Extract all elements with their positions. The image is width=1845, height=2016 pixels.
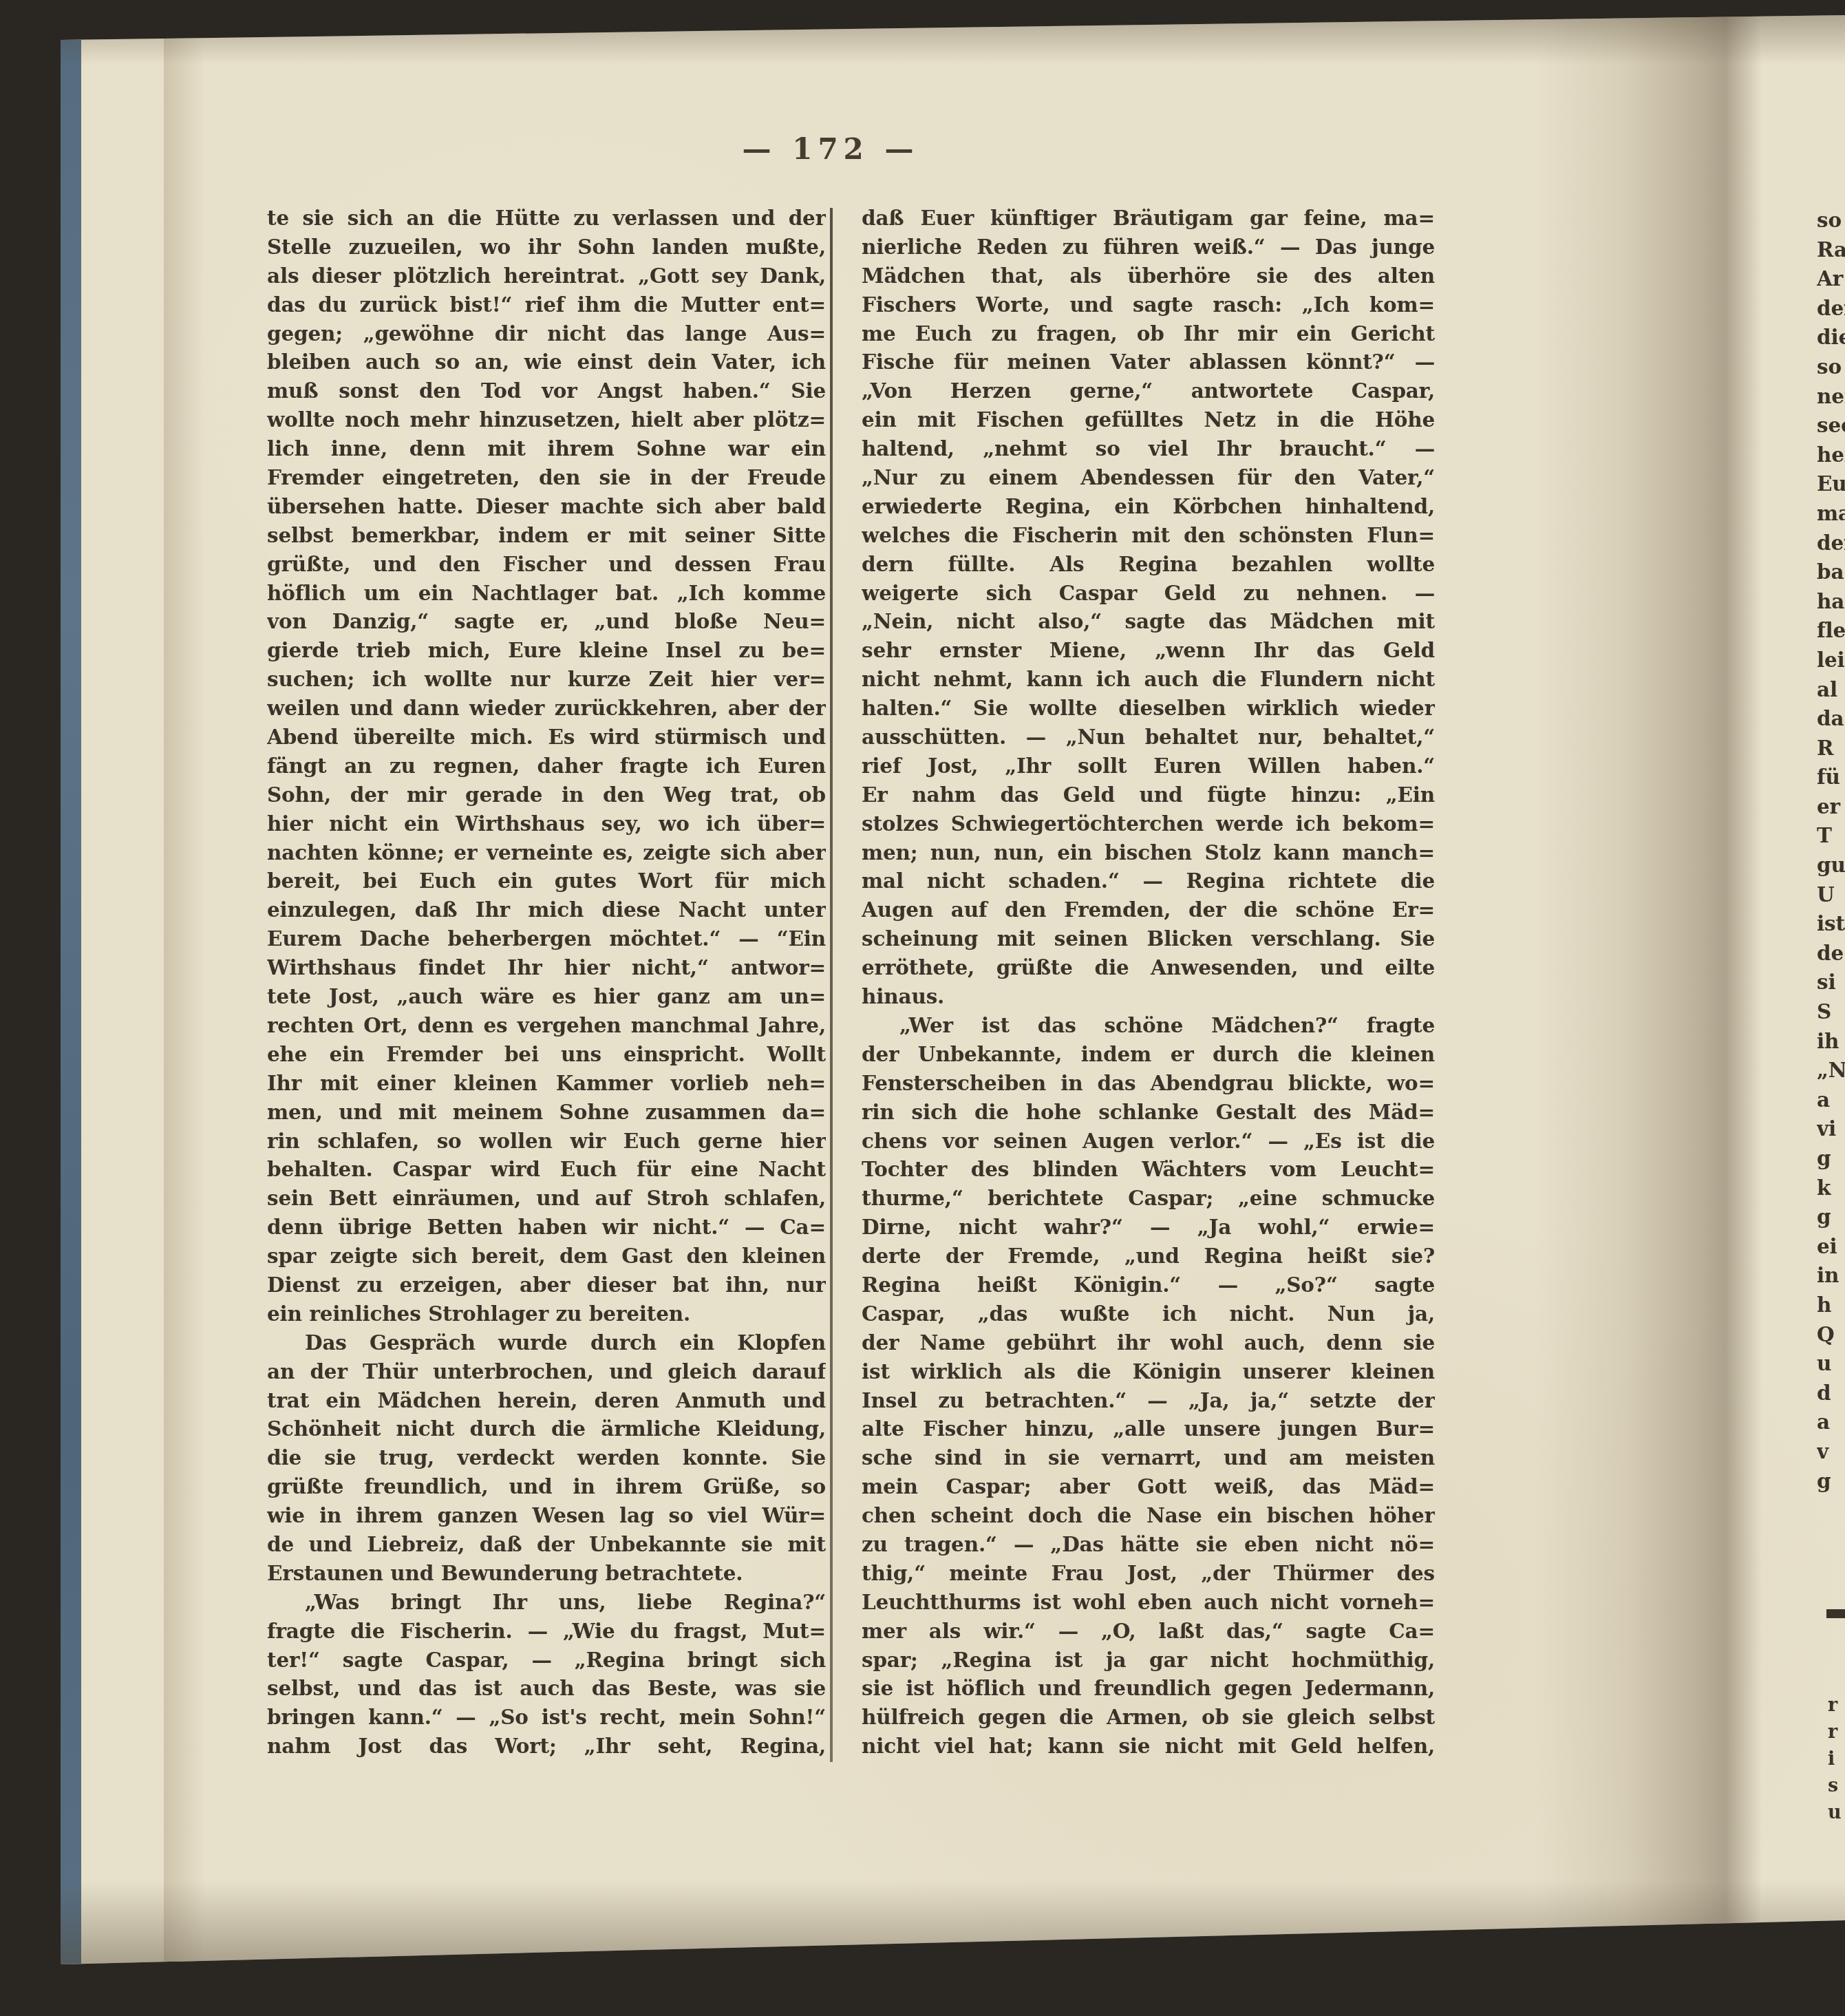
next-page-text-fragments-upper: soRaArderdiesoneisecheiEumaderbahaflelei… [1817, 208, 1845, 1498]
text-line: chens vor seinen Augen verlor.“ — „Es is… [862, 1127, 1435, 1156]
text-line: als dieser plötzlich hereintrat. „Gott s… [267, 262, 826, 290]
text-line: mal nicht schaden.“ — Regina richtete di… [862, 867, 1435, 895]
text-line: zu tragen.“ — „Das hätte sie eben nicht … [862, 1530, 1435, 1559]
text-line: denn übrige Betten haben wir nicht.“ — C… [267, 1213, 826, 1242]
text-line: men, und mit meinem Sohne zusammen da= [267, 1098, 826, 1127]
text-line: erwiederte Regina, ein Körbchen hinhalte… [862, 492, 1435, 521]
text-line: Tochter des blinden Wächters vom Leucht= [862, 1155, 1435, 1184]
text-line: grüßte, und den Fischer und dessen Frau [267, 550, 826, 579]
text-line: daß Euer künftiger Bräutigam gar feine, … [862, 204, 1435, 233]
text-line: der Unbekannte, indem er durch die klein… [862, 1040, 1435, 1069]
text-line: halten.“ Sie wollte dieselben wirklich w… [862, 694, 1435, 723]
text-line: d [1817, 1381, 1845, 1410]
text-line: a [1817, 1410, 1845, 1439]
text-line: er [1817, 794, 1845, 824]
bottom-edge-shadow [0, 1858, 1845, 1969]
text-line: mein Caspar; aber Gott weiß, das Mäd= [862, 1472, 1435, 1501]
text-line: ist wirklich als die Königin unserer kle… [862, 1357, 1435, 1386]
text-line: sie ist höflich und freundlich gegen Jed… [862, 1674, 1435, 1703]
text-line: wie in ihrem ganzen Wesen lag so viel Wü… [267, 1501, 826, 1530]
text-line: höflich um ein Nachtlager bat. „Ich komm… [267, 579, 826, 608]
top-edge-shadow [0, 0, 1845, 76]
text-line: die sie trug, verdeckt werden konnte. Si… [267, 1443, 826, 1472]
text-line: das du zurück bist!“ rief ihm die Mutter… [267, 290, 826, 319]
text-line: ausschütten. — „Nun behaltet nur, behalt… [862, 723, 1435, 752]
book-page: — 172 — te sie sich an die Hütte zu verl… [0, 0, 1845, 2016]
text-line: ist [1817, 911, 1845, 941]
text-line: wollte noch mehr hinzusetzen, hielt aber… [267, 405, 826, 434]
book-photo: — 172 — te sie sich an die Hütte zu verl… [0, 0, 1845, 2016]
text-line: R [1817, 736, 1845, 765]
text-line: Schönheit nicht durch die ärmliche Kleid… [267, 1414, 826, 1443]
text-line: dern füllte. Als Regina bezahlen wollte [862, 550, 1435, 579]
text-line: rin sich die hohe schlanke Gestalt des M… [862, 1098, 1435, 1127]
text-line: so [1817, 208, 1845, 237]
text-line: i [1828, 1748, 1845, 1775]
text-line: „Nur zu einem Abendessen für den Vater,“ [862, 463, 1435, 492]
text-line: einzulegen, daß Ihr mich diese Nacht unt… [267, 895, 826, 924]
text-line: stolzes Schwiegertöchterchen werde ich b… [862, 809, 1435, 838]
text-line: der [1817, 296, 1845, 326]
text-line: T [1817, 823, 1845, 853]
text-line: gu [1817, 853, 1845, 882]
text-line: grüßte freundlich, und in ihrem Grüße, s… [267, 1472, 826, 1501]
text-line: scheinung mit seinen Blicken verschlang.… [862, 924, 1435, 953]
text-line: sche sind in sie vernarrt, und am meiste… [862, 1443, 1435, 1472]
text-line: Sohn, der mir gerade in den Weg trat, ob [267, 781, 826, 809]
text-line: „Wer ist das schöne Mädchen?“ fragte [862, 1011, 1435, 1040]
text-line: Das Gespräch wurde durch ein Klopfen [267, 1328, 826, 1357]
text-line: nachten könne; er verneinte es, zeigte s… [267, 838, 826, 867]
text-line: sehr ernster Miene, „wenn Ihr das Geld [862, 636, 1435, 665]
text-line: „N [1817, 1058, 1845, 1087]
text-line: lei [1817, 648, 1845, 677]
text-line: Ra [1817, 237, 1845, 267]
text-line: g [1817, 1205, 1845, 1234]
text-line: S [1817, 999, 1845, 1029]
text-line: in [1817, 1263, 1845, 1293]
left-text-column: te sie sich an die Hütte zu verlassen un… [267, 204, 826, 1761]
text-line: te sie sich an die Hütte zu verlassen un… [267, 204, 826, 233]
text-line: Mädchen that, als überhöre sie des alten [862, 262, 1435, 290]
text-line: selbst, und das ist auch das Beste, was … [267, 1674, 826, 1703]
text-line: erröthete, grüßte die Anwesenden, und ei… [862, 953, 1435, 982]
text-line: welches die Fischerin mit den schönsten … [862, 521, 1435, 550]
text-line: bleiben auch so an, wie einst dein Vater… [267, 348, 826, 376]
text-line: tete Jost, „auch wäre es hier ganz am un… [267, 982, 826, 1011]
text-line: Regina heißt Königin.“ — „So?“ sagte [862, 1271, 1435, 1299]
next-page-text-fragments-lower: rrisu [1828, 1695, 1845, 1829]
text-line: Caspar, „das wußte ich nicht. Nun ja, [862, 1299, 1435, 1328]
text-line: selbst bemerkbar, indem er mit seiner Si… [267, 521, 826, 550]
text-line: Ar [1817, 266, 1845, 296]
text-line: derte der Fremde, „und Regina heißt sie? [862, 1242, 1435, 1271]
text-line: spar; „Regina ist ja gar nicht hochmüthi… [862, 1646, 1435, 1675]
text-line: nahm Jost das Wort; „Ihr seht, Regina, [267, 1732, 826, 1761]
gutter-shadow [1535, 0, 1762, 2016]
text-line: übersehen hatte. Dieser machte sich aber… [267, 492, 826, 521]
text-line: spar zeigte sich bereit, dem Gast den kl… [267, 1242, 826, 1271]
text-line: Eurem Dache beherbergen möchtet.“ — “Ein [267, 924, 826, 953]
text-line: u [1828, 1802, 1845, 1829]
text-line: fängt an zu regnen, daher fragte ich Eur… [267, 752, 826, 781]
text-line: s [1828, 1775, 1845, 1802]
text-line: sec [1817, 413, 1845, 443]
text-line: mer als wir.“ — „O, laßt das,“ sagte Ca= [862, 1617, 1435, 1646]
text-line: ein reinliches Strohlager zu bereiten. [267, 1299, 826, 1328]
text-line: fragte die Fischerin. — „Wie du fragst, … [267, 1617, 826, 1646]
text-line: g [1817, 1469, 1845, 1498]
text-line: r [1828, 1721, 1845, 1748]
text-line: thig,“ meinte Frau Jost, „der Thürmer de… [862, 1559, 1435, 1588]
text-line: de und Liebreiz, daß der Unbekannte sie … [267, 1530, 826, 1559]
text-line: fü [1817, 765, 1845, 794]
text-line: a [1817, 1087, 1845, 1117]
text-line: Eu [1817, 471, 1845, 501]
text-line: haltend, „nehmt so viel Ihr braucht.“ — [862, 434, 1435, 463]
text-line: hei [1817, 443, 1845, 472]
text-line: suchen; ich wollte nur kurze Zeit hier v… [267, 665, 826, 694]
text-line: Fensterscheiben in das Abendgrau blickte… [862, 1069, 1435, 1098]
text-line: ba [1817, 560, 1845, 589]
text-line: „Nein, nicht also,“ sagte das Mädchen mi… [862, 607, 1435, 636]
text-line: hülfreich gegen die Armen, ob sie gleich… [862, 1703, 1435, 1732]
text-line: trat ein Mädchen herein, deren Anmuth un… [267, 1386, 826, 1415]
text-line: behalten. Caspar wird Euch für eine Nach… [267, 1155, 826, 1184]
text-line: da [1817, 706, 1845, 736]
text-line: die [1817, 325, 1845, 354]
text-line: lich inne, denn mit ihrem Sohne war ein [267, 434, 826, 463]
text-line: Fischers Worte, und sagte rasch: „Ich ko… [862, 290, 1435, 319]
text-line: fle [1817, 618, 1845, 648]
text-line: ha [1817, 589, 1845, 619]
next-page-separator-rule [1826, 1609, 1845, 1618]
text-line: Ihr mit einer kleinen Kammer vorlieb neh… [267, 1069, 826, 1098]
text-line: Insel zu betrachten.“ — „Ja, ja,“ setzte… [862, 1386, 1435, 1415]
fore-edge-fade [164, 0, 205, 2016]
page-stack-fore-edge [78, 0, 165, 2016]
text-line: Abend übereilte mich. Es wird stürmisch … [267, 723, 826, 752]
text-line: nierliche Reden zu führen weiß.“ — Das j… [862, 233, 1435, 262]
text-line: hier nicht ein Wirthshaus sey, wo ich üb… [267, 809, 826, 838]
right-text-column: daß Euer künftiger Bräutigam gar feine, … [862, 204, 1435, 1761]
text-line: Fremder eingetreten, den sie in der Freu… [267, 463, 826, 492]
text-line: der Name gebührt ihr wohl auch, denn sie [862, 1328, 1435, 1357]
text-line: Leuchtthurms ist wohl eben auch nicht vo… [862, 1588, 1435, 1617]
text-line: nicht viel hat; kann sie nicht mit Geld … [862, 1732, 1435, 1761]
text-line: men; nun, nun, ein bischen Stolz kann ma… [862, 838, 1435, 867]
text-line: muß sonst den Tod vor Angst haben.“ Sie [267, 376, 826, 405]
text-line: nicht nehmt, kann ich auch die Flundern … [862, 665, 1435, 694]
text-line: an der Thür unterbrochen, und gleich dar… [267, 1357, 826, 1386]
text-line: rechten Ort, denn es vergehen manchmal J… [267, 1011, 826, 1040]
text-line: thurme,“ berichtete Caspar; „eine schmuc… [862, 1184, 1435, 1213]
text-line: sein Bett einräumen, und auf Stroh schla… [267, 1184, 826, 1213]
text-line: Er nahm das Geld und fügte hinzu: „Ein [862, 781, 1435, 809]
text-line: nei [1817, 384, 1845, 414]
text-line: ei [1817, 1234, 1845, 1264]
text-line: der [1817, 531, 1845, 560]
column-divider-rule [830, 208, 833, 1762]
page-number: — 172 — [743, 132, 919, 166]
text-line: ein mit Fischen gefülltes Netz in die Hö… [862, 405, 1435, 434]
text-line: ehe ein Fremder bei uns einspricht. Woll… [267, 1040, 826, 1069]
text-line: gierde trieb mich, Eure kleine Insel zu … [267, 636, 826, 665]
text-line: k [1817, 1176, 1845, 1205]
text-line: Q [1817, 1322, 1845, 1352]
text-line: Dirne, nicht wahr?“ — „Ja wohl,“ erwie= [862, 1213, 1435, 1242]
text-line: rin schlafen, so wollen wir Euch gerne h… [267, 1127, 826, 1156]
text-line: g [1817, 1146, 1845, 1176]
text-line: u [1817, 1351, 1845, 1381]
text-line: de [1817, 941, 1845, 970]
text-line: gegen; „gewöhne dir nicht das lange Aus= [267, 319, 826, 348]
text-line: Fische für meinen Vater ablassen könnt?“… [862, 348, 1435, 376]
text-line: alte Fischer hinzu, „alle unsere jungen … [862, 1414, 1435, 1443]
text-line: r [1828, 1695, 1845, 1721]
text-line: so [1817, 354, 1845, 384]
text-line: „Von Herzen gerne,“ antwortete Caspar, [862, 376, 1435, 405]
text-line: ter!“ sagte Caspar, — „Regina bringt sic… [267, 1646, 826, 1675]
text-line: si [1817, 970, 1845, 999]
text-line: h [1817, 1293, 1845, 1322]
text-line: ih [1817, 1029, 1845, 1059]
text-line: von Danzig,“ sagte er, „und bloße Neu= [267, 607, 826, 636]
text-line: ma [1817, 501, 1845, 531]
text-line: Wirthshaus findet Ihr hier nicht,“ antwo… [267, 953, 826, 982]
text-line: weigerte sich Caspar Geld zu nehnen. — [862, 579, 1435, 608]
text-line: vi [1817, 1116, 1845, 1146]
text-line: Dienst zu erzeigen, aber dieser bat ihn,… [267, 1271, 826, 1299]
text-line: me Euch zu fragen, ob Ihr mir ein Gerich… [862, 319, 1435, 348]
text-line: bringen kann.“ — „So ist's recht, mein S… [267, 1703, 826, 1732]
text-line: „Was bringt Ihr uns, liebe Regina?“ [267, 1588, 826, 1617]
text-line: Erstaunen und Bewunderung betrachtete. [267, 1559, 826, 1588]
text-line: bereit, bei Euch ein gutes Wort für mich [267, 867, 826, 895]
text-line: v [1817, 1439, 1845, 1469]
text-line: rief Jost, „Ihr sollt Euren Willen haben… [862, 752, 1435, 781]
text-line: U [1817, 882, 1845, 912]
text-line: al [1817, 677, 1845, 707]
text-line: hinaus. [862, 982, 1435, 1011]
text-line: Stelle zuzueilen, wo ihr Sohn landen muß… [267, 233, 826, 262]
text-line: weilen und dann wieder zurückkehren, abe… [267, 694, 826, 723]
text-line: Augen auf den Fremden, der die schöne Er… [862, 895, 1435, 924]
text-line: chen scheint doch die Nase ein bischen h… [862, 1501, 1435, 1530]
